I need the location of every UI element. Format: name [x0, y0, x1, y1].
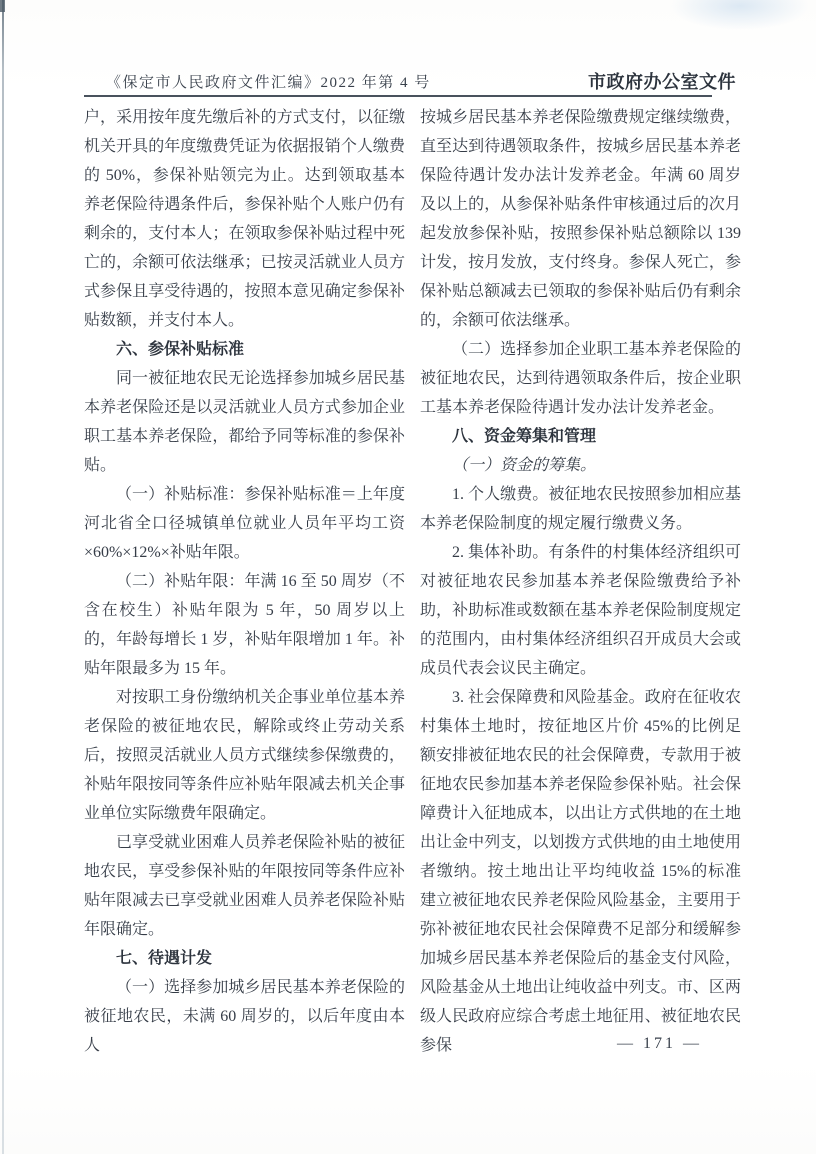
- paragraph: 同一被征地农民无论选择参加城乡居民基本养老保险还是以灵活就业人员方式参加企业职工…: [84, 364, 405, 480]
- right-text-column: 按城乡居民基本养老保险缴费规定继续缴费，直至达到待遇领取条件，按城乡居民基本养老…: [420, 103, 741, 1060]
- paragraph: 1. 个人缴费。被征地农民按照参加相应基本养老保险制度的规定履行缴费义务。: [420, 480, 741, 538]
- page-number: — 171 —: [617, 1035, 702, 1053]
- scan-smudge-artifact: [670, 0, 810, 30]
- paragraph: 2. 集体补助。有条件的村集体经济组织可对被征地农民参加基本养老保险缴费给予补助…: [420, 538, 741, 683]
- header-section-title: 市政府办公室文件: [588, 68, 736, 94]
- scan-edge-artifact: [2, 0, 4, 1154]
- paragraph: （一）选择参加城乡居民基本养老保险的被征地农民，未满 60 周岁的，以后年度由本…: [84, 973, 405, 1060]
- header-divider-rule: [84, 95, 712, 97]
- subsection-heading: （一）资金的筹集。: [420, 451, 741, 480]
- paragraph: （二）选择参加企业职工基本养老保险的被征地农民，达到待遇领取条件后，按企业职工基…: [420, 335, 741, 422]
- left-text-column: 户，采用按年度先缴后补的方式支付，以征缴机关开具的年度缴费凭证为依据报销个人缴费…: [84, 103, 405, 1060]
- section-heading-6: 六、参保补贴标准: [84, 335, 405, 364]
- scan-corner-artifact: [0, 0, 5, 12]
- paragraph: （一）补贴标准：参保补贴标准＝上年度河北省全口径城镇单位就业人员年平均工资×60…: [84, 480, 405, 567]
- paragraph: 3. 社会保障费和风险基金。政府在征收农村集体土地时，按征地区片价 45%的比例…: [420, 683, 741, 1060]
- paragraph-continuation: 户，采用按年度先缴后补的方式支付，以征缴机关开具的年度缴费凭证为依据报销个人缴费…: [84, 103, 405, 335]
- section-heading-7: 七、待遇计发: [84, 944, 405, 973]
- paragraph: 已享受就业困难人员养老保险补贴的被征地农民，享受参保补贴的年限按同等条件应补贴年…: [84, 828, 405, 944]
- section-heading-8: 八、资金筹集和管理: [420, 422, 741, 451]
- paragraph: （二）补贴年限：年满 16 至 50 周岁（不含在校生）补贴年限为 5 年，50…: [84, 567, 405, 683]
- paragraph-continuation: 按城乡居民基本养老保险缴费规定继续缴费，直至达到待遇领取条件，按城乡居民基本养老…: [420, 103, 741, 335]
- header-publication-title: 《保定市人民政府文件汇编》2022 年第 4 号: [106, 71, 431, 92]
- paragraph: 对按职工身份缴纳机关企事业单位基本养老保险的被征地农民，解除或终止劳动关系后，按…: [84, 683, 405, 828]
- scanned-document-page: 《保定市人民政府文件汇编》2022 年第 4 号 市政府办公室文件 户，采用按年…: [0, 0, 816, 1154]
